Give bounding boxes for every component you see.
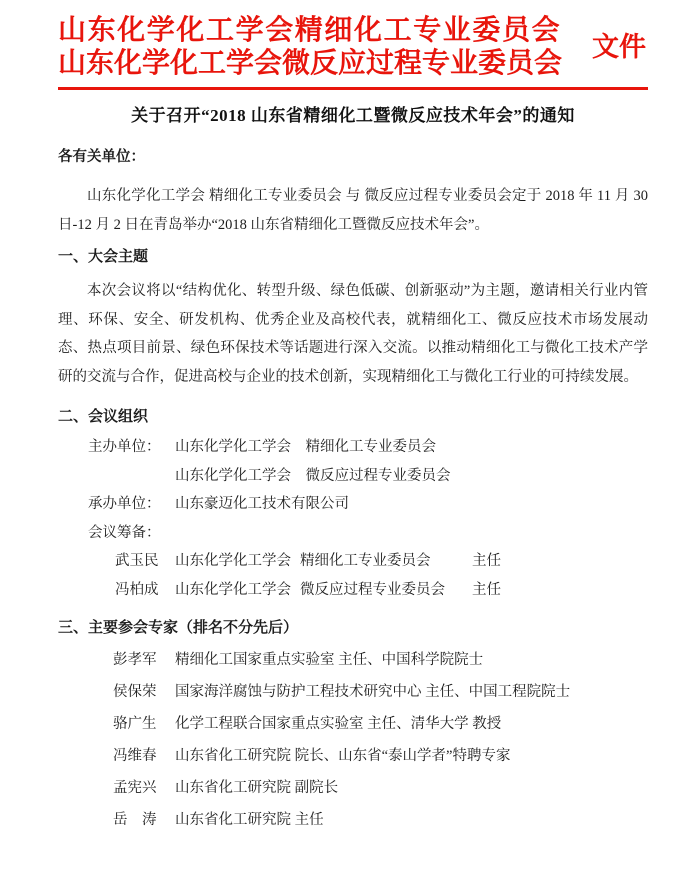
expert-description: 山东省化工研究院 院长、山东省“泰山学者”特聘专家 [175, 740, 648, 772]
member-role: 主任 [472, 547, 501, 576]
member-name: 武玉民 [115, 547, 175, 576]
expert-name: 岳 涛 [113, 804, 175, 836]
expert-row: 彭孝军 精细化工国家重点实验室 主任、中国科学院院士 [58, 644, 648, 676]
organizer-row-preparation: 会议筹备： [58, 519, 648, 548]
section-theme-body: 本次会议将以“结构优化、转型升级、绿色低碳、创新驱动”为主题，邀请相关行业内管理… [58, 277, 648, 391]
preparation-member-row: 冯柏成 山东化学化工学会 微反应过程专业委员会 主任 [58, 576, 648, 605]
organizer-value: 山东化学化工学会 微反应过程专业委员会 [175, 462, 648, 491]
organizer-row-host-2: 山东化学化工学会 微反应过程专业委员会 [58, 462, 648, 491]
member-role: 主任 [472, 576, 501, 605]
organizer-row-undertaker: 承办单位： 山东豪迈化工技术有限公司 [58, 490, 648, 519]
expert-row: 冯维春 山东省化工研究院 院长、山东省“泰山学者”特聘专家 [58, 740, 648, 772]
intro-paragraph: 山东化学化工学会 精细化工专业委员会 与 微反应过程专业委员会定于 2018 年… [58, 182, 648, 239]
organizer-label: 会议筹备： [88, 519, 175, 548]
letterhead-org-line-2: 山东化学化工学会微反应过程专业委员会 [58, 47, 562, 80]
preparation-member-row: 武玉民 山东化学化工学会 精细化工专业委员会 主任 [58, 547, 648, 576]
letterhead: 山东化学化工学会精细化工专业委员会 山东化学化工学会微反应过程专业委员会 文件 [58, 14, 648, 80]
member-committee: 微反应过程专业委员会 [300, 576, 472, 605]
section-heading-experts: 三、主要参会专家（排名不分先后） [58, 618, 648, 638]
expert-rows: 彭孝军 精细化工国家重点实验室 主任、中国科学院院士 侯保荣 国家海洋腐蚀与防护… [58, 644, 648, 836]
organizer-value: 山东化学化工学会 精细化工专业委员会 [175, 433, 648, 462]
member-name: 冯柏成 [115, 576, 175, 605]
organizer-label: 承办单位： [88, 490, 175, 519]
organizer-value [175, 519, 648, 548]
section-heading-organization: 二、会议组织 [58, 407, 648, 427]
expert-description: 国家海洋腐蚀与防护工程技术研究中心 主任、中国工程院院士 [175, 676, 648, 708]
document-title: 关于召开“2018 山东省精细化工暨微反应技术年会”的通知 [58, 104, 648, 127]
letterhead-org-line-1: 山东化学化工学会精细化工专业委员会 [58, 14, 562, 47]
expert-name: 侯保荣 [113, 676, 175, 708]
expert-description: 化学工程联合国家重点实验室 主任、清华大学 教授 [175, 708, 648, 740]
organizer-value: 山东豪迈化工技术有限公司 [175, 490, 648, 519]
expert-name: 冯维春 [113, 740, 175, 772]
salutation: 各有关单位： [58, 148, 648, 166]
organizer-row-host-1: 主办单位： 山东化学化工学会 精细化工专业委员会 [58, 433, 648, 462]
expert-name: 彭孝军 [113, 644, 175, 676]
expert-row: 侯保荣 国家海洋腐蚀与防护工程技术研究中心 主任、中国工程院院士 [58, 676, 648, 708]
letterhead-doc-type: 文件 [592, 32, 646, 62]
expert-description: 精细化工国家重点实验室 主任、中国科学院院士 [175, 644, 648, 676]
header-divider-rule [58, 87, 648, 90]
expert-row: 孟宪兴 山东省化工研究院 副院长 [58, 772, 648, 804]
organizer-label: 主办单位： [88, 433, 175, 462]
expert-name: 骆广生 [113, 708, 175, 740]
expert-name: 孟宪兴 [113, 772, 175, 804]
section-heading-theme: 一、大会主题 [58, 247, 648, 267]
member-organization: 山东化学化工学会 [175, 547, 300, 576]
letterhead-org-names: 山东化学化工学会精细化工专业委员会 山东化学化工学会微反应过程专业委员会 [58, 14, 562, 80]
expert-description: 山东省化工研究院 副院长 [175, 772, 648, 804]
expert-row: 岳 涛 山东省化工研究院 主任 [58, 804, 648, 836]
document-page: 山东化学化工学会精细化工专业委员会 山东化学化工学会微反应过程专业委员会 文件 … [0, 0, 690, 870]
expert-description: 山东省化工研究院 主任 [175, 804, 648, 836]
expert-row: 骆广生 化学工程联合国家重点实验室 主任、清华大学 教授 [58, 708, 648, 740]
organization-rows: 主办单位： 山东化学化工学会 精细化工专业委员会 山东化学化工学会 微反应过程专… [58, 433, 648, 604]
member-committee: 精细化工专业委员会 [300, 547, 472, 576]
organizer-label [88, 462, 175, 491]
member-organization: 山东化学化工学会 [175, 576, 300, 605]
